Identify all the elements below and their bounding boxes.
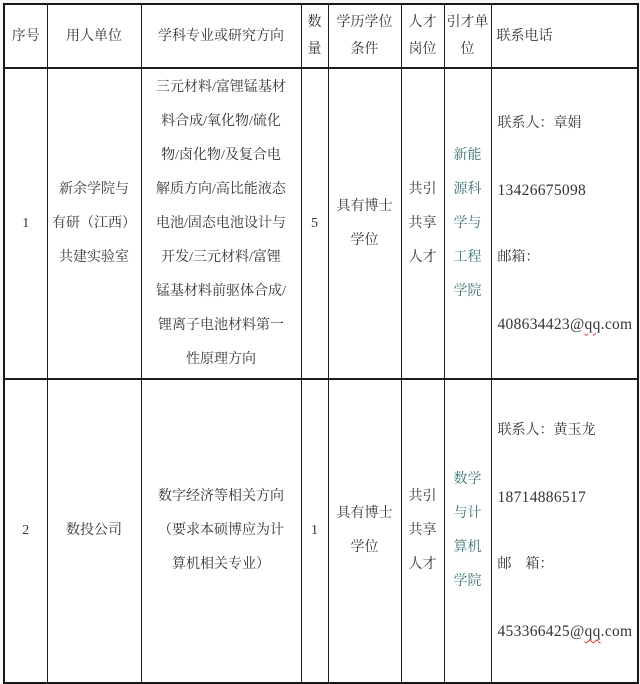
header-serial: 序号 — [4, 4, 47, 68]
email-spellcheck-flagged: qq — [585, 623, 601, 640]
cell-recruiting-unit: 数学 与计 算机 学院 — [444, 379, 491, 683]
contact-email-label: 邮箱： — [498, 241, 635, 274]
cell-recruiting-unit: 新能 源科 学与 工程 学院 — [444, 68, 491, 379]
email-suffix: .com — [601, 316, 633, 333]
header-quantity: 数量 — [301, 4, 328, 68]
header-recruiting-unit: 引才单位 — [444, 4, 491, 68]
contact-email: 408634423@qq.com — [498, 308, 635, 341]
cell-employer: 新余学院与 有研（江西） 共建实验室 — [47, 68, 141, 379]
header-row: 序号 用人单位 学科专业或研究方向 数量 学历学位条件 人才岗位 引才单位 联系… — [4, 4, 638, 68]
contact-email: 453366425@qq.com — [498, 615, 635, 648]
cell-quantity: 1 — [301, 379, 328, 683]
cell-degree: 具有博士 学位 — [328, 379, 401, 683]
header-degree: 学历学位条件 — [328, 4, 401, 68]
table-row: 1 新余学院与 有研（江西） 共建实验室 三元材料/富锂锰基材 料合成/氧化物/… — [4, 68, 638, 379]
cell-major: 三元材料/富锂锰基材 料合成/氧化物/硫化 物/卤化物/及复合电 解质方向/高比… — [141, 68, 301, 379]
cell-contact: 联系人：黄玉龙 18714886517 邮 箱： 453366425@qq.co… — [491, 379, 638, 683]
cell-position: 共引 共享 人才 — [401, 68, 444, 379]
table-row: 2 数投公司 数字经济等相关方向 （要求本硕博应为计 算机相关专业） 1 具有博… — [4, 379, 638, 683]
cell-position: 共引 共享 人才 — [401, 379, 444, 683]
email-spellcheck-flagged: qq — [585, 316, 601, 333]
contact-email-label: 邮 箱： — [498, 548, 635, 581]
cell-major: 数字经济等相关方向 （要求本硕博应为计 算机相关专业） — [141, 379, 301, 683]
cell-serial: 2 — [4, 379, 47, 683]
contact-phone: 18714886517 — [498, 481, 635, 514]
header-major: 学科专业或研究方向 — [141, 4, 301, 68]
contact-person: 联系人：黄玉龙 — [498, 414, 635, 447]
cell-contact: 联系人：章娟 13426675098 邮箱： 408634423@qq.com — [491, 68, 638, 379]
cell-degree: 具有博士 学位 — [328, 68, 401, 379]
header-contact: 联系电话 — [491, 4, 638, 68]
cell-quantity: 5 — [301, 68, 328, 379]
email-prefix: 453366425@ — [498, 623, 585, 640]
email-suffix: .com — [601, 623, 633, 640]
contact-person: 联系人：章娟 — [498, 107, 635, 140]
header-employer: 用人单位 — [47, 4, 141, 68]
cell-employer: 数投公司 — [47, 379, 141, 683]
contact-phone: 13426675098 — [498, 174, 635, 207]
email-prefix: 408634423@ — [498, 316, 585, 333]
cell-serial: 1 — [4, 68, 47, 379]
header-position: 人才岗位 — [401, 4, 444, 68]
recruitment-table: 序号 用人单位 学科专业或研究方向 数量 学历学位条件 人才岗位 引才单位 联系… — [3, 3, 639, 684]
